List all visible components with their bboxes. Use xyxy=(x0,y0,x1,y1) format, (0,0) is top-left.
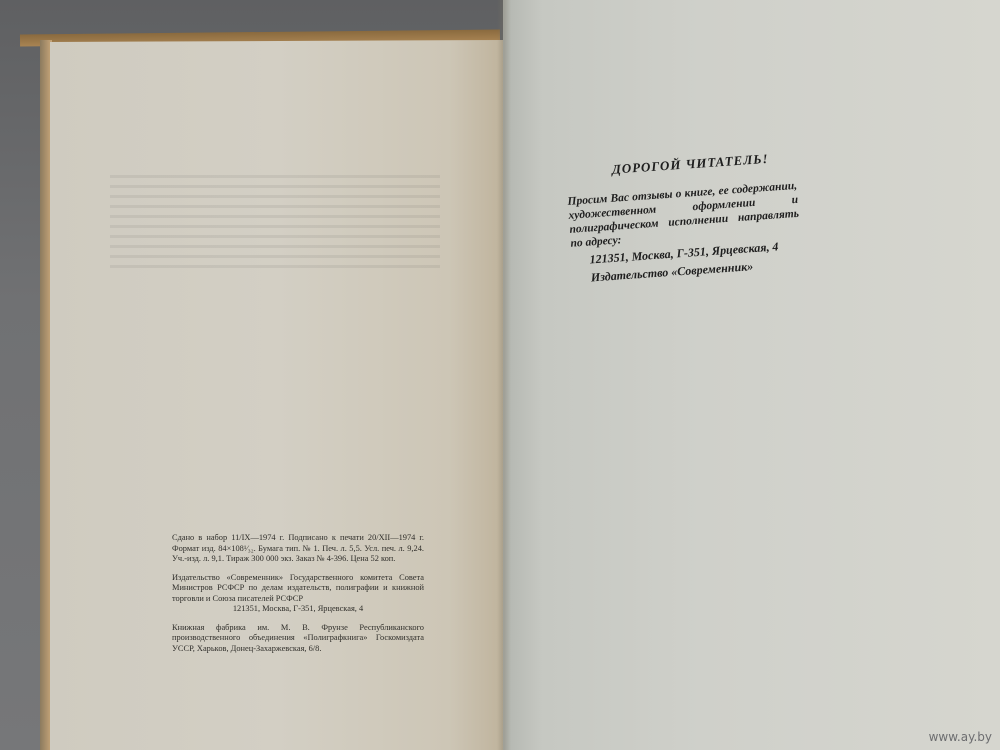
imprint-publisher-address: 121351, Москва, Г-351, Ярцевская, 4 xyxy=(172,604,424,615)
imprint-printer: Книжная фабрика им. М. В. Фрунзе Республ… xyxy=(172,623,424,655)
reader-note: ДОРОГОЙ ЧИТАТЕЛЬ! Просим Вас отзывы о кн… xyxy=(565,149,803,287)
imprint-publisher: Издательство «Современник» Государственн… xyxy=(172,573,424,605)
show-through-text xyxy=(110,175,440,270)
imprint-block: Сдано в набор 11/IX—1974 г. Подписано к … xyxy=(172,533,424,662)
book-gutter xyxy=(497,0,511,750)
watermark: www.ay.by xyxy=(929,730,992,744)
right-page xyxy=(503,0,1000,750)
imprint-print-details: Сдано в набор 11/IX—1974 г. Подписано к … xyxy=(172,533,424,565)
